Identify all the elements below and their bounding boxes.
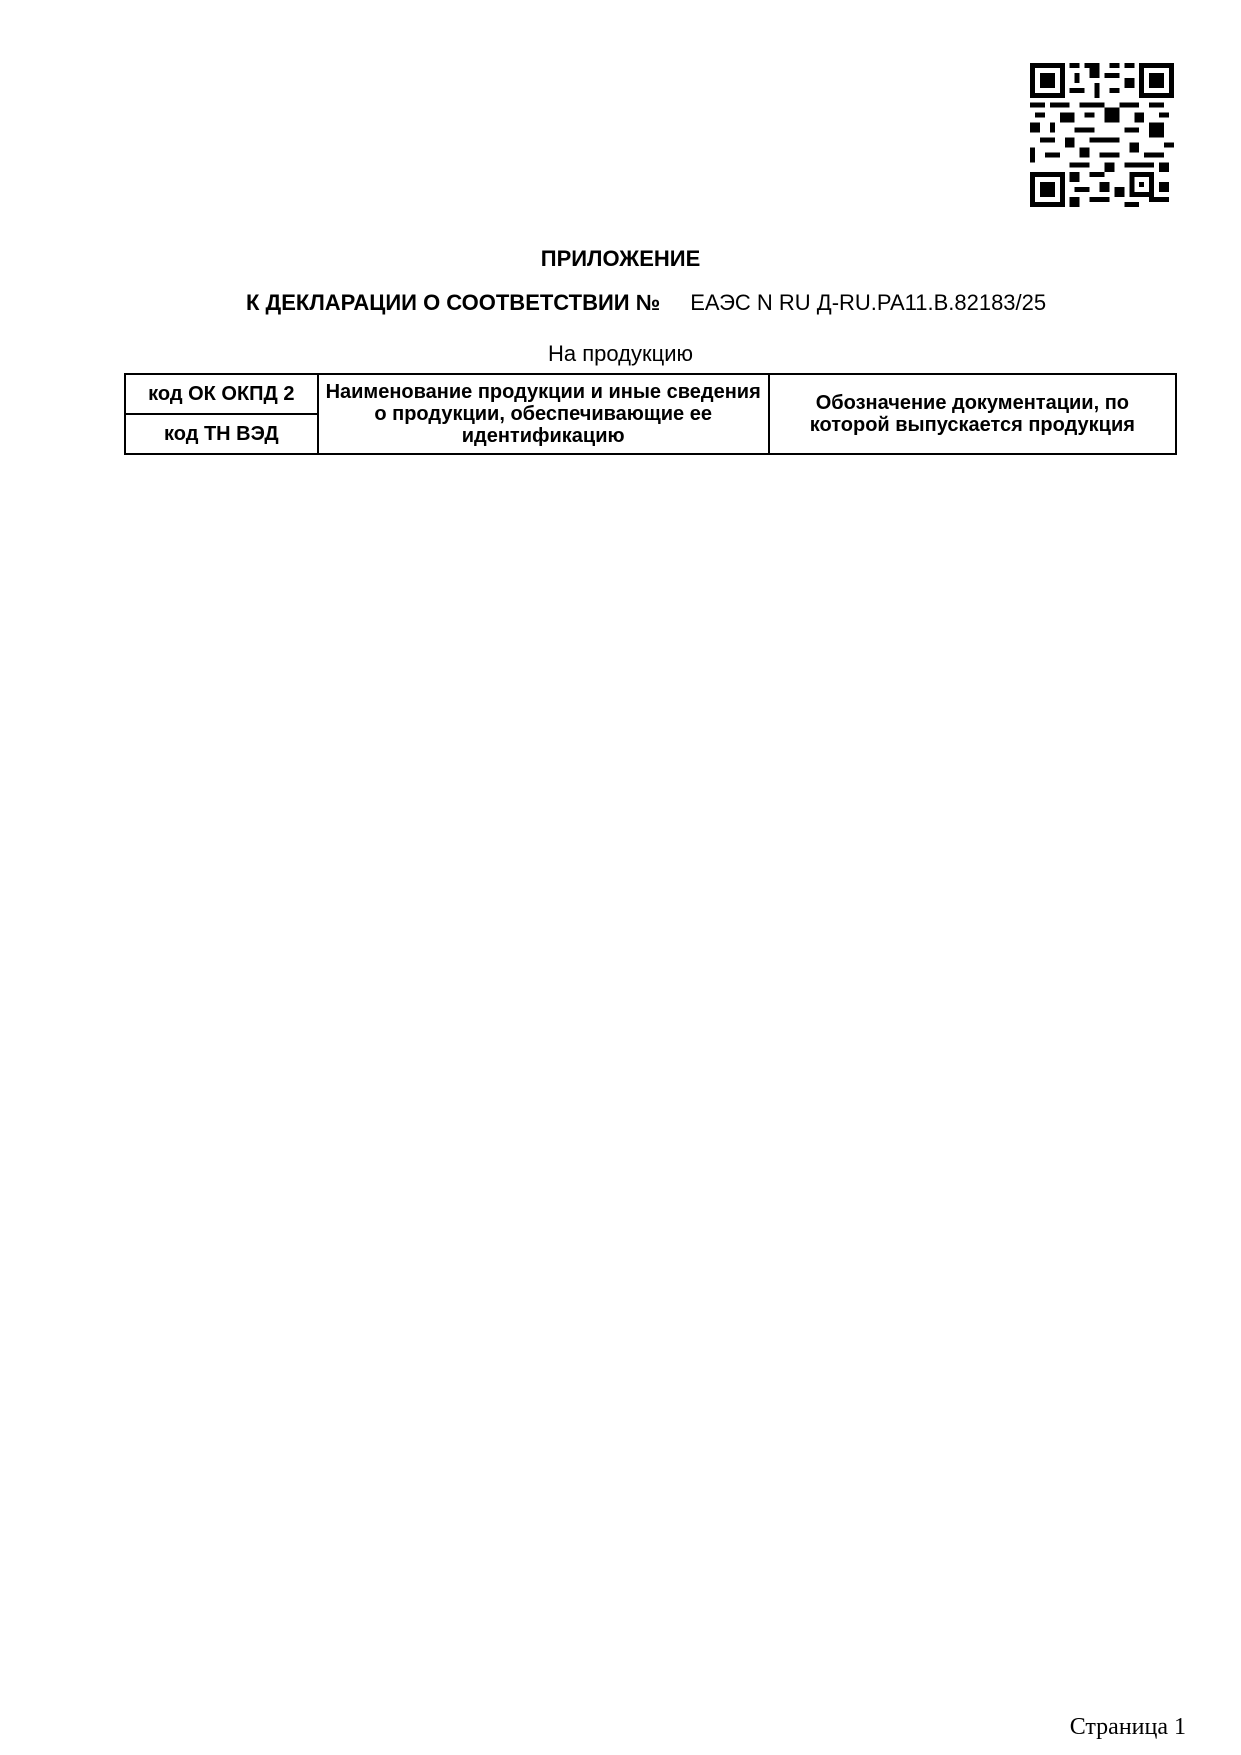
document-title: ПРИЛОЖЕНИЕ: [0, 246, 1241, 272]
header-tnved: код ТН ВЭД: [125, 414, 318, 454]
subtitle: На продукцию: [0, 341, 1241, 367]
declaration-label: К ДЕКЛАРАЦИИ О СООТВЕТСТВИИ №: [246, 290, 660, 315]
declaration-line: К ДЕКЛАРАЦИИ О СООТВЕТСТВИИ №ЕАЭС N RU Д…: [246, 290, 1046, 316]
header-product-name: Наименование продукции и иные сведения о…: [318, 374, 769, 454]
header-documentation: Обозначение документации, по которой вып…: [769, 374, 1176, 454]
header-okpd2: код ОК ОКПД 2: [125, 374, 318, 414]
page-number: Страница 1: [1070, 1714, 1186, 1741]
declaration-number: ЕАЭС N RU Д-RU.PA11.B.82183/25: [690, 290, 1046, 315]
qr-code: [1030, 63, 1174, 207]
products-table-header: код ОК ОКПД 2 Наименование продукции и и…: [124, 373, 1177, 455]
